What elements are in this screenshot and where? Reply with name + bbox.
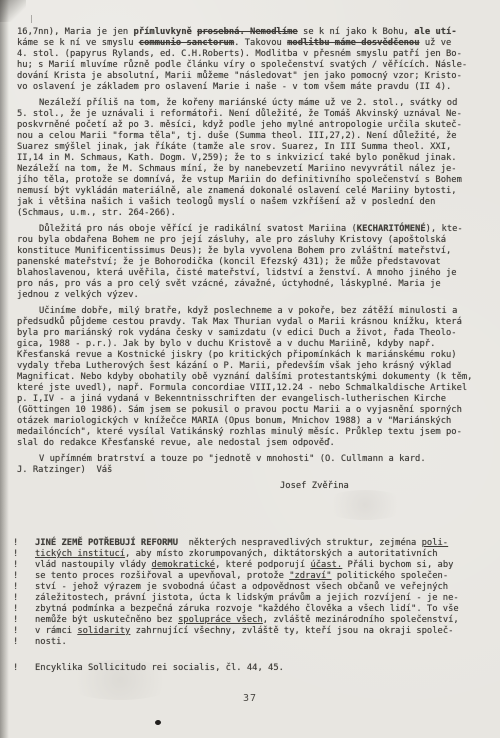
margin-exclamation-mark: ! bbox=[13, 626, 35, 637]
text-line: J. Ratzinger) Váš bbox=[17, 465, 489, 476]
line-text: Nezáleží příliš na tom, že kořeny marián… bbox=[39, 98, 457, 108]
text-line: (Göttingen 10 1986). Sám jsem se pokusil… bbox=[17, 405, 489, 416]
paragraph-block: 16,7nn), Maria je jen přímluvkyně proseb… bbox=[17, 27, 489, 93]
line-text: jak i většina našich i vašich teologů my… bbox=[17, 197, 435, 207]
text-line: !záležitostech, právní jistota, úcta k l… bbox=[17, 593, 489, 604]
text-line: poskvrněné početí až po 3. měsíci, když … bbox=[17, 120, 489, 131]
text-line: p. I,IV - a jiná vydaná v Bekenntnisschr… bbox=[17, 394, 489, 405]
line-text: záležitostech, právní jistota, úcta k li… bbox=[35, 593, 459, 603]
line-text: JINÉ ZEMĚ POTŘEBUJÍ REFORMU některých ne… bbox=[35, 538, 448, 548]
scan-edge-shadow bbox=[0, 0, 9, 738]
line-text: panenské mateřství; že je Bohorodička (k… bbox=[17, 257, 441, 267]
text-line: nemusí být vykládán materiálně, ale znam… bbox=[17, 186, 489, 197]
paragraph-block: Důležitá pro nás oboje věřící je radikál… bbox=[17, 224, 489, 301]
line-text: jednou z velkých výzev. bbox=[17, 290, 139, 300]
line-text: otázek mariologických v knížečce MARIA (… bbox=[17, 416, 451, 426]
line-text: Josef Zvěřina bbox=[280, 481, 349, 491]
margin-exclamation-mark: ! bbox=[13, 637, 35, 648]
line-text: dování Krista je absolutní, Marii můžeme… bbox=[17, 71, 462, 81]
margin-exclamation-mark: ! bbox=[13, 604, 35, 615]
ink-dot-artifact bbox=[155, 720, 162, 726]
line-text: (Göttingen 10 1986). Sám jsem se pokusil… bbox=[17, 405, 462, 415]
text-line: pro nás, pro vás a pro celý svět vzácné,… bbox=[17, 279, 489, 290]
text-line: medailóncích", které vysílal Vatikánský … bbox=[17, 427, 489, 438]
line-text: zbytná podmínka a bezpečná záruka rozvoj… bbox=[35, 604, 459, 614]
text-line: !se tento proces rozšiřoval a upevňoval,… bbox=[17, 571, 489, 582]
line-text: Důležitá pro nás oboje věřící je radikál… bbox=[39, 224, 463, 234]
line-text: blahoslavenou, která uvěřila, čisté mate… bbox=[17, 268, 457, 278]
scanned-document-page: 16,7nn), Maria je jen přímluvkyně proseb… bbox=[0, 0, 500, 738]
text-line: otázek mariologických v knížečce MARIA (… bbox=[17, 416, 489, 427]
text-line: Magnificat. Nebo kdyby obohatily obě vyz… bbox=[17, 372, 489, 383]
text-line: Josef Zvěřina bbox=[17, 481, 489, 492]
line-text: hu; s Marií mluvíme různě podle článku v… bbox=[17, 60, 467, 70]
text-line: slal do redakce Křesťanské revue, ale ne… bbox=[17, 438, 489, 449]
line-text: ství - jehož výrazem je svobodná účast a… bbox=[35, 582, 448, 592]
text-line: káme se k ní ve smyslu communio sanctoru… bbox=[17, 38, 489, 49]
line-text: vlád nastoupily vlády demokratické, kter… bbox=[35, 560, 453, 570]
line-text: které jste uvedl), např. Formula concord… bbox=[17, 383, 467, 393]
line-text: předsudků půjdeme cestou pravdy. Tak Max… bbox=[17, 317, 462, 327]
text-line: jího těla, protože se domnívá, že vstup … bbox=[17, 175, 489, 186]
text-line: Učiníme dobře, milý bratře, když poslech… bbox=[17, 306, 489, 317]
line-text: v rámci solidarity zahrnující všechny, z… bbox=[35, 626, 453, 636]
line-text: tických institucí, aby místo zkorumpovan… bbox=[35, 549, 438, 559]
line-text: II,14 in M. Schmaus, Kath. Dogm. V,259);… bbox=[17, 153, 457, 163]
text-line: jak i většina našich i vašich teologů my… bbox=[17, 197, 489, 208]
line-text: (Schmaus, u.m., str. 264-266). bbox=[17, 208, 176, 218]
text-line: nou a celou Marii "forma těla", tj. duše… bbox=[17, 131, 489, 142]
text-line: II,14 in M. Schmaus, Kath. Dogm. V,259);… bbox=[17, 153, 489, 164]
text-line: Nezáleží na tom, že M. Schmaus míní, že … bbox=[17, 164, 489, 175]
signature-block: Josef Zvěřina bbox=[17, 481, 489, 492]
line-text: J. Ratzinger) Váš bbox=[17, 465, 112, 475]
text-line: V upřímném bratrství a touze po "jednotě… bbox=[17, 454, 489, 465]
text-line: 5. stol., že je uznávali i reformátoři. … bbox=[17, 109, 489, 120]
text-line: !vlád nastoupily vlády demokratické, kte… bbox=[17, 560, 489, 571]
line-text: 4. stol. (papyrus Rylands, ed. C.H.Rober… bbox=[17, 49, 462, 59]
text-line: !ství - jehož výrazem je svobodná účast … bbox=[17, 582, 489, 593]
line-text: jího těla, protože se domnívá, že vstup … bbox=[17, 175, 462, 185]
text-line: Křesťanská revue a Kostnické jiskry (po … bbox=[17, 350, 489, 361]
text-line: !Encyklika Sollicitudo rei socialis, čl.… bbox=[17, 663, 489, 674]
line-text: 5. stol., že je uznávali i reformátoři. … bbox=[17, 109, 462, 119]
margin-exclamation-mark: ! bbox=[13, 538, 35, 549]
line-text: byla pro mariánský rok vydána česky v sa… bbox=[17, 328, 457, 338]
line-text: nosti. bbox=[35, 637, 67, 647]
text-line: předsudků půjdeme cestou pravdy. Tak Max… bbox=[17, 317, 489, 328]
page-number: 37 bbox=[0, 693, 500, 704]
line-text: medailóncích", které vysílal Vatikánský … bbox=[17, 427, 462, 437]
line-text: káme se k ní ve smyslu communio sanctoru… bbox=[17, 38, 451, 48]
text-line: dování Krista je absolutní, Marii můžeme… bbox=[17, 71, 489, 82]
margin-exclamation-mark: ! bbox=[13, 663, 35, 674]
text-line: vydaly třeba Lutherových šest kázání o P… bbox=[17, 361, 489, 372]
marked-footnote-block: !Encyklika Sollicitudo rei socialis, čl.… bbox=[17, 663, 489, 674]
paragraph-block: Nezáleží příliš na tom, že kořeny marián… bbox=[17, 98, 489, 219]
text-line: gica, 1988 - p.r.). Jak by bylo v duchu … bbox=[17, 339, 489, 350]
line-text: Učiníme dobře, milý bratře, když poslech… bbox=[39, 306, 457, 316]
text-line: blahoslavenou, která uvěřila, čisté mate… bbox=[17, 268, 489, 279]
text-line: 16,7nn), Maria je jen přímluvkyně proseb… bbox=[17, 27, 489, 38]
line-text: Magnificat. Nebo kdyby obohatily obě vyz… bbox=[17, 372, 472, 382]
line-text: slal do redakce Křesťanské revue, ale ne… bbox=[17, 438, 335, 448]
text-line: Důležitá pro nás oboje věřící je radikál… bbox=[17, 224, 489, 235]
line-text: Suarez smýšlel jinak, jak říkáte (tamže … bbox=[17, 142, 451, 152]
margin-exclamation-mark: ! bbox=[13, 582, 35, 593]
margin-exclamation-mark: ! bbox=[13, 549, 35, 560]
text-line: !nosti. bbox=[17, 637, 489, 648]
text-line: 4. stol. (papyrus Rylands, ed. C.H.Rober… bbox=[17, 49, 489, 60]
text-line: jednou z velkých výzev. bbox=[17, 290, 489, 301]
text-line: Suarez smýšlel jinak, jak říkáte (tamže … bbox=[17, 142, 489, 153]
text-line: byla pro mariánský rok vydána česky v sa… bbox=[17, 328, 489, 339]
text-line: !zbytná podmínka a bezpečná záruka rozvo… bbox=[17, 604, 489, 615]
margin-exclamation-mark: ! bbox=[13, 571, 35, 582]
text-line: panenské mateřství; že je Bohorodička (k… bbox=[17, 257, 489, 268]
text-line: !JINÉ ZEMĚ POTŘEBUJÍ REFORMU některých n… bbox=[17, 538, 489, 549]
text-line: hu; s Marií mluvíme různě podle článku v… bbox=[17, 60, 489, 71]
marked-block: !JINÉ ZEMĚ POTŘEBUJÍ REFORMU některých n… bbox=[17, 538, 489, 648]
line-text: nou a celou Marii "forma těla", tj. duše… bbox=[17, 131, 457, 141]
line-text: gica, 1988 - p.r.). Jak by bylo v duchu … bbox=[17, 339, 435, 349]
line-text: V upřímném bratrství a touze po "jednotě… bbox=[39, 454, 426, 464]
line-text: se tento proces rozšiřoval a upevňoval, … bbox=[35, 571, 448, 581]
margin-exclamation-mark: ! bbox=[13, 615, 35, 626]
text-line: rou byla obdařena Bohem ne pro její zásl… bbox=[17, 235, 489, 246]
paragraph-block: Učiníme dobře, milý bratře, když poslech… bbox=[17, 306, 489, 449]
line-text: p. I,IV - a jiná vydaná v Bekenntnisschr… bbox=[17, 394, 446, 404]
line-text: Křesťanská revue a Kostnické jiskry (po … bbox=[17, 350, 457, 360]
line-text: 16,7nn), Maria je jen přímluvkyně proseb… bbox=[17, 27, 457, 37]
line-text: vo oslavení je základem pro oslavení Mar… bbox=[17, 82, 451, 92]
line-text: nemusí být vykládán materiálně, ale znam… bbox=[17, 186, 457, 196]
scan-artifact-mark bbox=[31, 15, 32, 23]
text-line: !nemůže být uskutečněno bez spolupráce v… bbox=[17, 615, 489, 626]
line-text: pro nás, pro vás a pro celý svět vzácné,… bbox=[17, 279, 441, 289]
text-line: (Schmaus, u.m., str. 264-266). bbox=[17, 208, 489, 219]
document-body: 16,7nn), Maria je jen přímluvkyně proseb… bbox=[17, 27, 489, 674]
line-text: Encyklika Sollicitudo rei socialis, čl. … bbox=[35, 663, 284, 673]
text-line: Nezáleží příliš na tom, že kořeny marián… bbox=[17, 98, 489, 109]
line-text: vydaly třeba Lutherových šest kázání o P… bbox=[17, 361, 451, 371]
line-text: konstituce Munificentissimus Deus); že b… bbox=[17, 246, 451, 256]
text-line: konstituce Munificentissimus Deus); že b… bbox=[17, 246, 489, 257]
margin-exclamation-mark: ! bbox=[13, 593, 35, 604]
line-text: rou byla obdařena Bohem ne pro její zásl… bbox=[17, 235, 446, 245]
text-line: !v rámci solidarity zahrnující všechny, … bbox=[17, 626, 489, 637]
margin-exclamation-mark: ! bbox=[13, 560, 35, 571]
line-text: poskvrněné početí až po 3. měsíci, když … bbox=[17, 120, 462, 130]
text-line: které jste uvedl), např. Formula concord… bbox=[17, 383, 489, 394]
scan-corner-shadow bbox=[0, 0, 26, 22]
text-line: vo oslavení je základem pro oslavení Mar… bbox=[17, 82, 489, 93]
line-text: nemůže být uskutečněno bez spolupráce vš… bbox=[35, 615, 459, 625]
paragraph-block: V upřímném bratrství a touze po "jednotě… bbox=[17, 454, 489, 476]
text-line: !tických institucí, aby místo zkorumpova… bbox=[17, 549, 489, 560]
line-text: Nezáleží na tom, že M. Schmaus míní, že … bbox=[17, 164, 457, 174]
